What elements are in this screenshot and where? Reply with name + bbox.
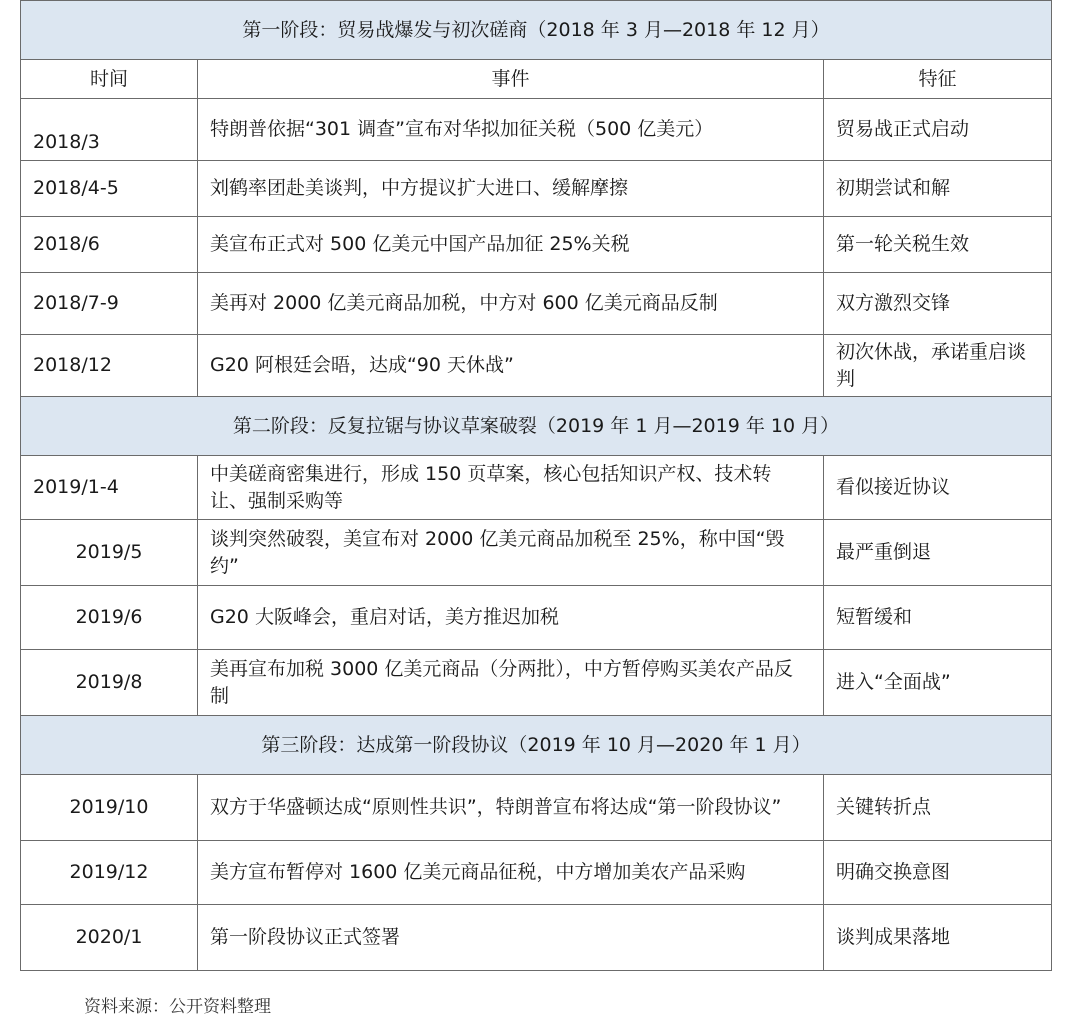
table-row: 2020/1 第一阶段协议正式签署 谈判成果落地	[21, 905, 1052, 971]
feature-cell: 贸易战正式启动	[824, 99, 1052, 161]
time-cell: 2019/6	[21, 586, 198, 650]
feature-cell: 最严重倒退	[824, 520, 1052, 586]
feature-cell: 短暂缓和	[824, 586, 1052, 650]
time-cell: 2018/7-9	[21, 273, 198, 335]
time-cell: 2018/3	[21, 99, 198, 161]
table-row: 2019/6 G20 大阪峰会，重启对话，美方推迟加税 短暂缓和	[21, 586, 1052, 650]
source-note: 资料来源：公开资料整理	[84, 992, 271, 1017]
column-header-time: 时间	[21, 60, 198, 99]
time-cell: 2019/8	[21, 650, 198, 716]
feature-cell: 关键转折点	[824, 775, 1052, 841]
column-header-row: 时间 事件 特征	[21, 60, 1052, 99]
event-cell: 美方宣布暂停对 1600 亿美元商品征税，中方增加美农产品采购	[198, 841, 824, 905]
time-cell: 2018/4-5	[21, 161, 198, 217]
table-row: 2018/3 特朗普依据“301 调查”宣布对华拟加征关税（500 亿美元） 贸…	[21, 99, 1052, 161]
phase-title: 第二阶段：反复拉锯与协议草案破裂（2019 年 1 月—2019 年 10 月）	[21, 397, 1052, 456]
phase-1-header: 第一阶段：贸易战爆发与初次磋商（2018 年 3 月—2018 年 12 月）	[21, 1, 1052, 60]
time-cell: 2019/12	[21, 841, 198, 905]
event-cell: 第一阶段协议正式签署	[198, 905, 824, 971]
time-cell: 2019/5	[21, 520, 198, 586]
table-row: 2018/7-9 美再对 2000 亿美元商品加税，中方对 600 亿美元商品反…	[21, 273, 1052, 335]
time-cell: 2019/10	[21, 775, 198, 841]
event-cell: G20 阿根廷会晤，达成“90 天休战”	[198, 335, 824, 397]
event-cell: 刘鹤率团赴美谈判，中方提议扩大进口、缓解摩擦	[198, 161, 824, 217]
table-row: 2019/1-4 中美磋商密集进行，形成 150 页草案，核心包括知识产权、技术…	[21, 456, 1052, 520]
event-cell: G20 大阪峰会，重启对话，美方推迟加税	[198, 586, 824, 650]
phase-title: 第三阶段：达成第一阶段协议（2019 年 10 月—2020 年 1 月）	[21, 716, 1052, 775]
column-header-event: 事件	[198, 60, 824, 99]
feature-cell: 双方激烈交锋	[824, 273, 1052, 335]
feature-cell: 进入“全面战”	[824, 650, 1052, 716]
table-row: 2018/6 美宣布正式对 500 亿美元中国产品加征 25%关税 第一轮关税生…	[21, 217, 1052, 273]
table-row: 2018/4-5 刘鹤率团赴美谈判，中方提议扩大进口、缓解摩擦 初期尝试和解	[21, 161, 1052, 217]
table-row: 2019/5 谈判突然破裂，美宣布对 2000 亿美元商品加税至 25%，称中国…	[21, 520, 1052, 586]
table-row: 2019/10 双方于华盛顿达成“原则性共识”，特朗普宣布将达成“第一阶段协议”…	[21, 775, 1052, 841]
event-cell: 谈判突然破裂，美宣布对 2000 亿美元商品加税至 25%，称中国“毁约”	[198, 520, 824, 586]
event-cell: 美再宣布加税 3000 亿美元商品（分两批），中方暂停购买美农产品反制	[198, 650, 824, 716]
feature-cell: 看似接近协议	[824, 456, 1052, 520]
event-cell: 双方于华盛顿达成“原则性共识”，特朗普宣布将达成“第一阶段协议”	[198, 775, 824, 841]
event-cell: 中美磋商密集进行，形成 150 页草案，核心包括知识产权、技术转让、强制采购等	[198, 456, 824, 520]
time-cell: 2018/6	[21, 217, 198, 273]
phase-2-header: 第二阶段：反复拉锯与协议草案破裂（2019 年 1 月—2019 年 10 月）	[21, 397, 1052, 456]
feature-cell: 明确交换意图	[824, 841, 1052, 905]
trade-war-timeline-table: 第一阶段：贸易战爆发与初次磋商（2018 年 3 月—2018 年 12 月） …	[20, 0, 1052, 971]
table-row: 2019/8 美再宣布加税 3000 亿美元商品（分两批），中方暂停购买美农产品…	[21, 650, 1052, 716]
phase-title: 第一阶段：贸易战爆发与初次磋商（2018 年 3 月—2018 年 12 月）	[21, 1, 1052, 60]
phase-3-header: 第三阶段：达成第一阶段协议（2019 年 10 月—2020 年 1 月）	[21, 716, 1052, 775]
table-row: 2018/12 G20 阿根廷会晤，达成“90 天休战” 初次休战，承诺重启谈判	[21, 335, 1052, 397]
column-header-feature: 特征	[824, 60, 1052, 99]
event-cell: 美宣布正式对 500 亿美元中国产品加征 25%关税	[198, 217, 824, 273]
feature-cell: 初期尝试和解	[824, 161, 1052, 217]
feature-cell: 谈判成果落地	[824, 905, 1052, 971]
time-cell: 2018/12	[21, 335, 198, 397]
feature-cell: 第一轮关税生效	[824, 217, 1052, 273]
event-cell: 美再对 2000 亿美元商品加税，中方对 600 亿美元商品反制	[198, 273, 824, 335]
feature-cell: 初次休战，承诺重启谈判	[824, 335, 1052, 397]
event-cell: 特朗普依据“301 调查”宣布对华拟加征关税（500 亿美元）	[198, 99, 824, 161]
table-row: 2019/12 美方宣布暂停对 1600 亿美元商品征税，中方增加美农产品采购 …	[21, 841, 1052, 905]
time-cell: 2019/1-4	[21, 456, 198, 520]
time-cell: 2020/1	[21, 905, 198, 971]
